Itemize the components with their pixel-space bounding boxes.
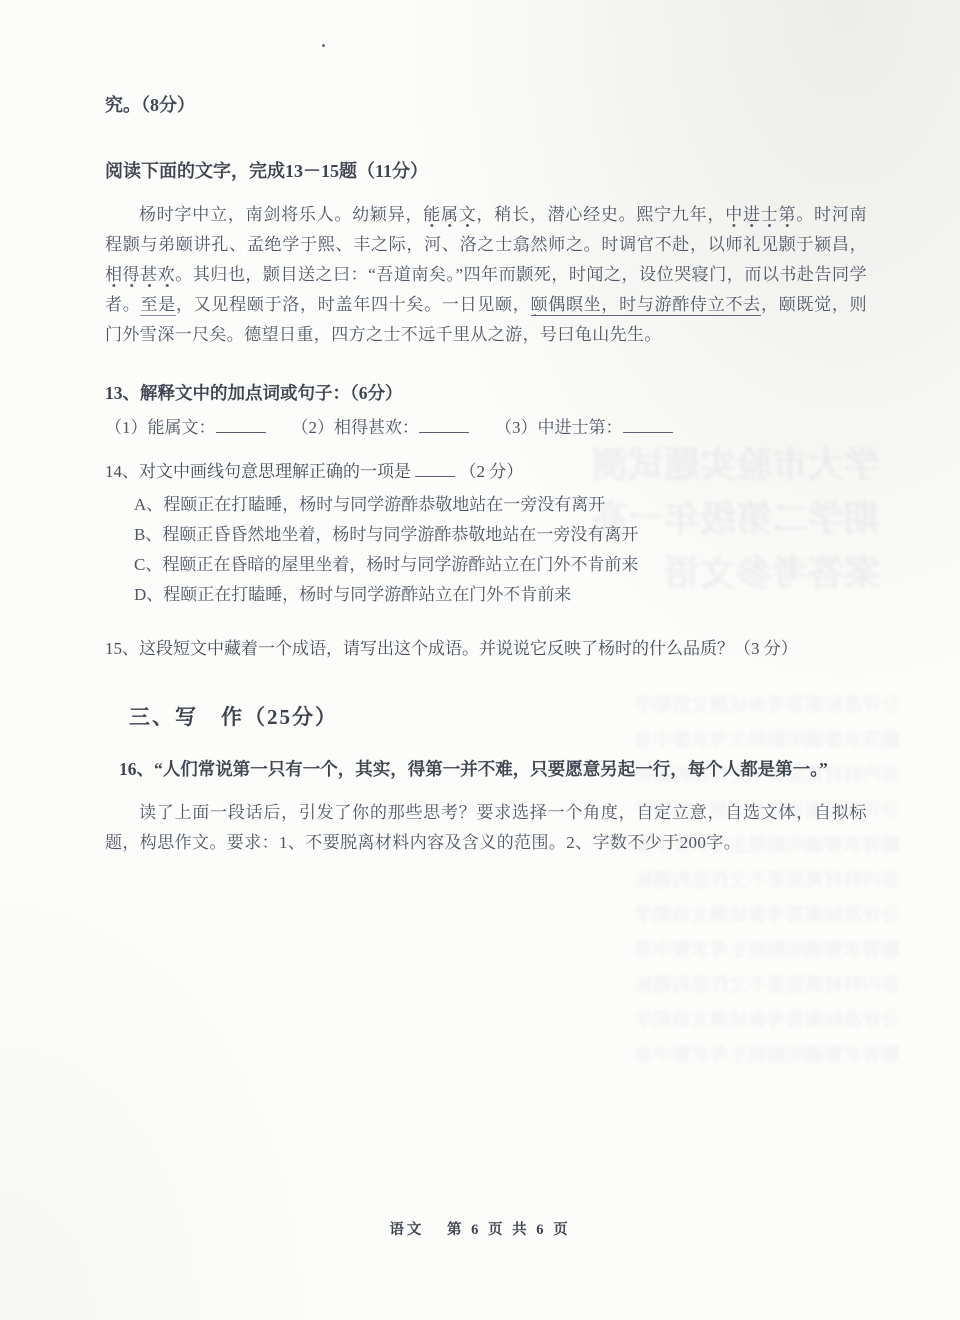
question-14-stem: 14、对文中画线句意思理解正确的一项是 （2 分） [105,459,867,485]
question-15-stem: 15、这段短文中藏着一个成语，请写出这个成语。并说说它反映了杨时的什么品质？（3… [105,636,867,662]
option-letter: D、 [134,585,163,604]
question-14-points: （2 分） [460,462,524,481]
q13-item-label: 相得甚欢： [334,418,419,437]
q13-item: （1）能属文： [105,418,266,437]
option-letter: B、 [134,525,162,544]
option-row: B、程颐正昏昏然地坐着，杨时与同学游酢恭敬地站在一旁没有离开 [134,520,867,550]
classical-passage: 杨时字中立，南剑将乐人。幼颖异，能属文，稍长，潜心经史。熙宁九年，中进士第。时河… [105,200,867,350]
option-row: D、程颐正在打瞌睡，杨时与同学游酢站立在门外不肯前来 [134,580,867,610]
passage-segment-underline-light: 至是 [140,295,175,316]
scanned-exam-page: { "page": { "top_fragment": "究。（8分）", "f… [0,0,960,1320]
footer-page-number: 第 6 页 共 6 页 [447,1222,571,1238]
option-row: C、程颐正在昏暗的屋里坐着，杨时与同学游酢站立在门外不肯前来 [134,550,867,580]
option-row: A、程颐正在打瞌睡，杨时与同学游酢恭敬地站在一旁没有离开 [134,490,867,520]
bleedthrough-line: 容内料材离脱要不文作思构题标 [370,968,900,1003]
option-text: 程颐正在昏暗的屋里坐着，杨时与同学游酢站立在门外不肯前来 [162,555,638,574]
passage-segment-underline: 颐偶瞑坐，时与游酢侍立不去 [531,295,761,316]
passage-segment-dot: 能属文 [423,205,476,228]
option-text: 程颐正昏昏然地坐着，杨时与同学游酢恭敬地站在一旁没有离开 [162,525,638,544]
bleedthrough-line: 分评准标案答考参试测文语期学 [370,1003,900,1038]
essay-requirements: 读了上面一段话后，引发了你的那些思考？要求选择一个角度，自定立意，自选文体，自拟… [105,798,867,858]
question-13-stem: 13、解释文中的加点词或句子：（6分） [105,380,867,406]
footer-subject: 语文 [389,1222,424,1238]
page-content: 究。（8分） 阅读下面的文字，完成13－15题（11分） 杨时字中立，南剑将乐人… [105,92,867,858]
passage-segment-plain: ，稍长，潜心经史。熙宁九年， [477,205,726,224]
option-letter: C、 [134,555,162,574]
q13-item-label: 中进士第： [538,418,623,437]
question-14-options: A、程颐正在打瞌睡，杨时与同学游酢恭敬地站在一旁没有离开B、程颐正昏昏然地坐着，… [105,490,867,610]
carryover-text-fragment: 究。（8分） [105,92,867,118]
q13-item-number: （2） [292,418,335,437]
answer-blank[interactable] [419,418,469,433]
question-13-items: （1）能属文：（2）相得甚欢：（3）中进士第： [105,415,867,441]
passage-segment-plain: 杨时字中立，南剑将乐人。幼颖异， [139,205,423,224]
q13-item-number: （3） [495,418,538,437]
q13-item-number: （1） [105,418,148,437]
passage-segment-dot: 相得甚欢 [105,265,175,288]
q13-item: （2）相得甚欢： [292,418,470,437]
answer-blank[interactable] [415,462,455,477]
bleedthrough-line: 题答求要确明据根生考求要中卷 [370,933,900,968]
option-text: 程颐正在打瞌睡，杨时与同学游酢站立在门外不肯前来 [163,585,571,604]
bleedthrough-line: 题答求要确明据根生考求要中卷 [370,1038,900,1073]
bleedthrough-line: 容内料材离脱要不文作思构题标 [370,863,900,898]
option-letter: A、 [134,495,163,514]
option-text: 程颐正在打瞌睡，杨时与同学游酢恭敬地站在一旁没有离开 [163,495,605,514]
answer-blank[interactable] [623,418,673,433]
scan-speck [322,44,325,47]
passage-segment-plain: ，又见程颐于洛，时盖年四十矣。一日见颐， [176,295,531,314]
question-16-prompt: 16、“人们常说第一只有一个，其实，得第一并不难，只要愿意另起一行，每个人都是第… [119,756,867,782]
passage-segment-dot: 中进士第 [725,205,796,228]
reading-instruction: 阅读下面的文字，完成13－15题（11分） [105,158,867,184]
bleedthrough-line: 分评准标案答考参试测文语期学 [370,898,900,933]
q13-item-label: 能属文： [148,418,216,437]
answer-blank[interactable] [216,418,266,433]
question-14-stem-text: 14、对文中画线句意思理解正确的一项是 [105,462,411,481]
section-heading-writing: 三、写 作（25分） [129,704,867,730]
q13-item: （3）中进士第： [495,418,673,437]
page-footer: 语文 第 6 页 共 6 页 [0,1218,960,1239]
